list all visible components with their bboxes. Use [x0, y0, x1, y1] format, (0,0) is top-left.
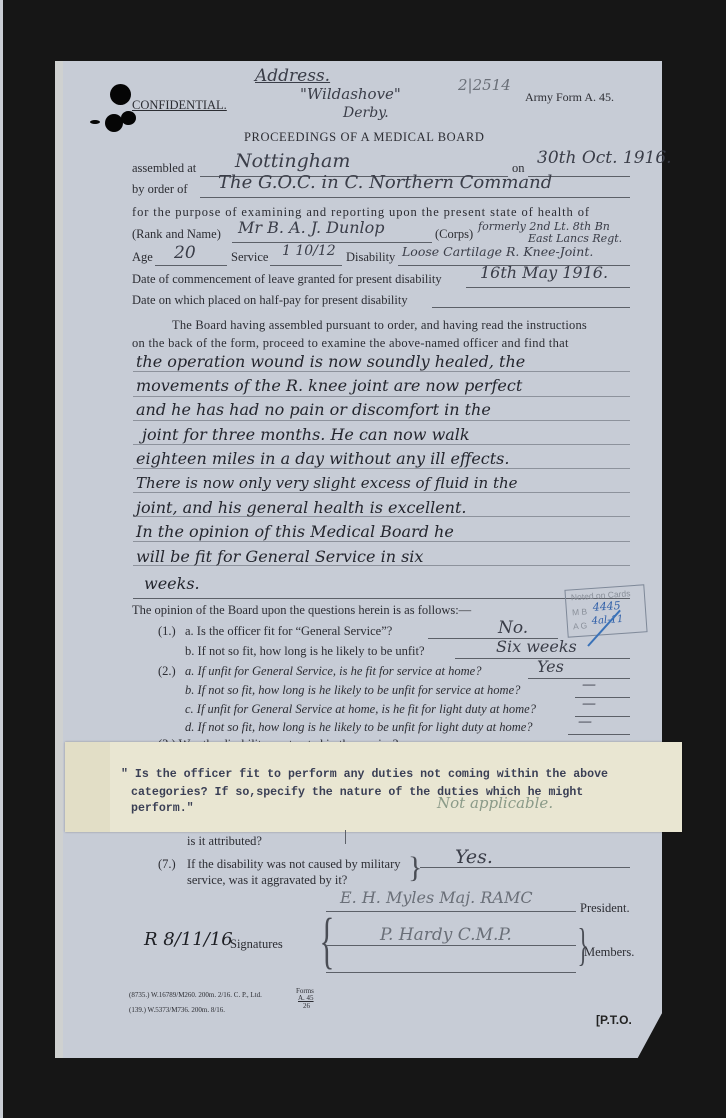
field-rule: [200, 197, 630, 198]
field-rule: [432, 307, 630, 308]
q2c-answer: —: [582, 696, 596, 712]
assembled-at-value: Nottingham: [235, 150, 350, 172]
halfpay-date-label: Date on which placed on half-pay for pre…: [132, 293, 408, 308]
signature-rule: [326, 911, 576, 912]
finding-line: the operation wound is now soundly heale…: [136, 352, 525, 371]
slip-question-line3: perform.": [131, 802, 194, 815]
q7-answer: Yes.: [455, 846, 493, 868]
answer-rule: [420, 867, 630, 868]
opinion-heading: The opinion of the Board upon the questi…: [132, 603, 471, 618]
paper-edge: [55, 61, 63, 1058]
ruled-line: [133, 468, 630, 469]
by-order-value: The G.O.C. in C. Northern Command: [218, 172, 552, 193]
address-label: Address.: [255, 66, 330, 86]
age-label: Age: [132, 250, 153, 265]
rank-name-value: Mr B. A. J. Dunlop: [238, 218, 385, 237]
ruled-line: [133, 371, 630, 372]
ruled-line: [133, 541, 630, 542]
q2a-answer: Yes: [537, 657, 564, 676]
punch-hole: [110, 84, 131, 105]
findings-intro-line1: The Board having assembled pursuant to o…: [172, 318, 587, 333]
q1b-question: b. If not so fit, how long is he likely …: [185, 644, 425, 659]
finding-line: movements of the R. knee joint are now p…: [136, 376, 522, 395]
service-value: 1 10/12: [282, 243, 336, 259]
form-id: Army Form A. 45.: [525, 90, 614, 105]
answer-rule: [568, 734, 630, 735]
punch-hole: [121, 111, 136, 125]
punch-hole: [90, 120, 100, 124]
q1a-answer: No.: [498, 618, 528, 638]
q2b-answer: —: [582, 677, 596, 693]
on-date-value: 30th Oct. 1916.: [537, 148, 672, 168]
forms-sub: 26: [303, 1002, 310, 1010]
print-line1: (8735.) W.16789/M260. 200m. 2/16. C. P.,…: [129, 991, 262, 999]
finding-line: weeks.: [144, 574, 200, 593]
slip-question-line1: " Is the officer fit to perform any duti…: [121, 768, 608, 781]
field-rule: [270, 265, 342, 266]
q1a-question: a. Is the officer fit for “General Servi…: [185, 624, 392, 639]
assembled-at-label: assembled at: [132, 161, 196, 176]
ruled-line: [133, 492, 630, 493]
finding-line: In the opinion of this Medical Board he: [136, 522, 454, 541]
noted-on-cards-stamp: Noted on Cards M B 4445 A G 4al-11: [564, 584, 647, 637]
q2b-question: b. If not so fit, how long is he likely …: [185, 683, 520, 698]
finding-line: will be fit for General Service in six: [136, 547, 423, 566]
address-line2: Derby.: [343, 105, 389, 121]
stamp-ag-label: A G: [573, 620, 588, 631]
finding-line: joint, and his general health is excelle…: [136, 498, 467, 517]
q1-number: (1.): [158, 624, 176, 639]
q6-tail: is it attributed?: [187, 834, 262, 849]
signatures-label: Signatures: [230, 937, 283, 952]
answer-rule: [528, 678, 630, 679]
q7-number: (7.): [158, 857, 176, 872]
initials-note: R 8/11/16: [144, 929, 233, 950]
q2-number: (2.): [158, 664, 176, 679]
findings-intro-line2: on the back of the form, proceed to exam…: [132, 336, 569, 351]
service-label: Service: [231, 250, 268, 265]
brace: }: [408, 853, 422, 883]
q2c-question: c. If unfit for General Service at home,…: [185, 702, 536, 717]
ruled-line: [133, 396, 630, 397]
ruled-line: [133, 444, 630, 445]
archive-reference: 2|2514: [458, 76, 511, 94]
corps-label: (Corps): [435, 227, 473, 242]
members-label: Members.: [584, 945, 634, 960]
q2a-question: a. If unfit for General Service, is he f…: [185, 664, 481, 679]
classification-label: CONFIDENTIAL.: [132, 98, 227, 113]
field-rule: [155, 265, 227, 266]
rank-name-label: (Rank and Name): [132, 227, 221, 242]
president-signature: E. H. Myles Maj. RAMC: [340, 888, 533, 907]
finding-line: and he has had no pain or discomfort in …: [136, 400, 491, 419]
background-edge: [0, 0, 3, 1118]
q7-line1: If the disability was not caused by mili…: [187, 857, 401, 872]
leave-date-label: Date of commencement of leave granted fo…: [132, 272, 442, 287]
q1b-answer: Six weeks: [496, 637, 577, 656]
finding-line: There is now only very slight excess of …: [136, 474, 518, 492]
age-value: 20: [174, 243, 196, 263]
slip-answer: Not applicable.: [437, 794, 553, 812]
president-label: President.: [580, 901, 630, 916]
member1-signature: P. Hardy C.M.P.: [380, 925, 512, 945]
leave-date-value: 16th May 1916.: [480, 263, 608, 282]
q7-line2: service, was it aggravated by it?: [187, 873, 347, 888]
by-order-label: by order of: [132, 182, 188, 197]
signature-rule: [326, 945, 576, 946]
print-line2: (139.) W.5373/M736. 200m. 8/16.: [129, 1006, 225, 1014]
slip-fold: [65, 742, 110, 832]
brace: {: [319, 910, 334, 972]
q2d-answer: —: [578, 714, 592, 730]
forms-number: A. 45: [298, 994, 314, 1002]
pasted-slip: " Is the officer fit to perform any duti…: [65, 742, 682, 832]
finding-line: joint for three months. He can now walk: [142, 425, 470, 444]
stamp-mb-label: M B: [572, 606, 588, 617]
disability-label: Disability: [346, 250, 395, 265]
ruled-line: [133, 598, 630, 599]
address-line1: "Wildashove": [300, 85, 401, 103]
finding-line: eighteen miles in a day without any ill …: [136, 449, 509, 468]
signature-rule: [326, 972, 576, 973]
field-rule: [466, 287, 630, 288]
ruled-line: [133, 420, 630, 421]
vertical-mark: [345, 830, 346, 844]
disability-value: Loose Cartilage R. Knee-Joint.: [402, 244, 593, 259]
page-title: PROCEEDINGS OF A MEDICAL BOARD: [244, 130, 484, 145]
q2d-question: d. If not so fit, how long is he likely …: [185, 720, 533, 735]
please-turn-over: [P.T.O.: [596, 1013, 632, 1027]
